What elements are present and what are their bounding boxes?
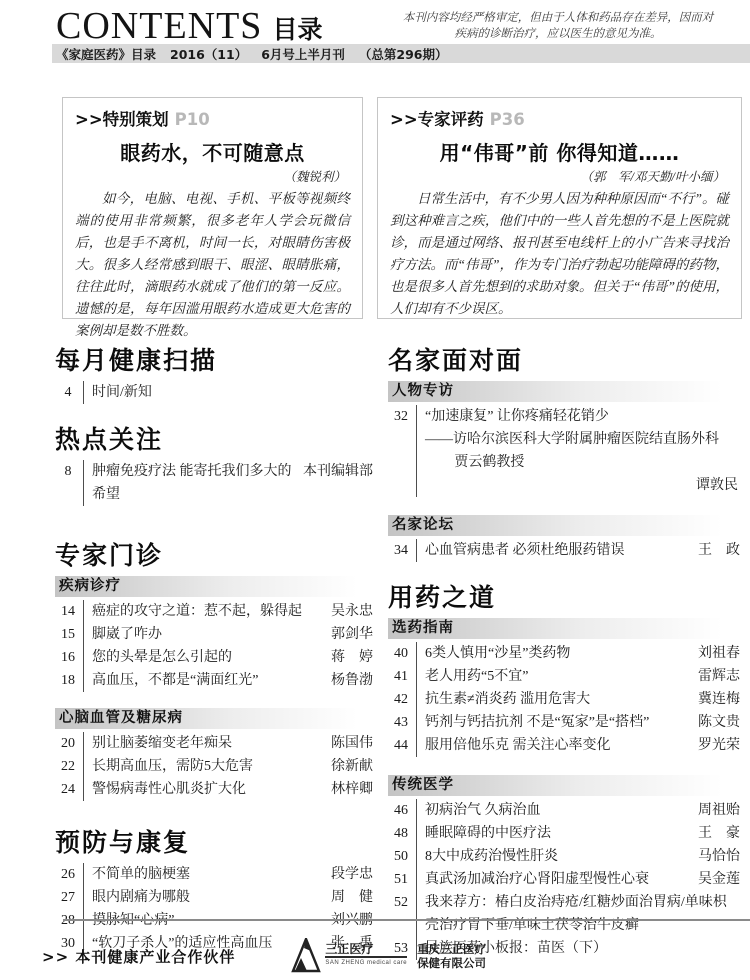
item-title: 8大中成药治慢性肝炎 bbox=[425, 845, 564, 868]
item-page-number: 51 bbox=[388, 868, 414, 891]
toc-item: 4 时间/新知 bbox=[55, 381, 373, 404]
toc-item: 15 脚崴了咋办郭剑华 bbox=[55, 623, 373, 646]
item-author: 杨鲁渤 bbox=[331, 669, 373, 692]
item-subtitle-continued: 贾云鹤教授 bbox=[425, 451, 740, 474]
item-page-number: 50 bbox=[388, 845, 414, 868]
item-page-number: 32 bbox=[388, 405, 414, 497]
item-author: 陈文贵 bbox=[698, 711, 740, 734]
item-title: 老人用药“5不宜” bbox=[425, 665, 534, 688]
item-page-number: 15 bbox=[55, 623, 81, 646]
item-author: 刘祖春 bbox=[698, 642, 740, 665]
toc-item: 24 警惕病毒性心肌炎扩大化林梓卿 bbox=[55, 778, 373, 801]
item-author: 吴金莲 bbox=[698, 868, 740, 891]
feature-tag: >>专家评药 bbox=[390, 110, 484, 129]
item-title: 钙剂与钙拮抗剂 不是“冤家”是“搭档” bbox=[425, 711, 655, 734]
logo-company-line1: 重庆三正医疗 bbox=[417, 942, 486, 956]
feature-summary: 如今，电脑、电视、手机、平板等视频终端的使用非常频繁，很多老年人学会玩微信后，也… bbox=[75, 188, 350, 342]
item-page-number: 40 bbox=[388, 642, 414, 665]
section-heading: 热点关注 bbox=[55, 424, 373, 456]
section-expert-clinic: 专家门诊 疾病诊疗 14 癌症的攻守之道：惹不起，躲得起吴永忠 15 脚崴了咋办… bbox=[55, 540, 373, 801]
toc-item: 52 我来荐方：椿白皮治痔疮/红糖炒面治胃病/单味枳壳治疗胃下垂/单味土茯苓治牛… bbox=[388, 891, 740, 937]
item-title: 肿瘤免疫疗法 能寄托我们多大的希望 bbox=[92, 460, 303, 506]
item-title: 高血压，不都是“满面红光” bbox=[92, 669, 264, 692]
logo-brand-en: SAN ZHENG medical care bbox=[325, 958, 407, 969]
logo-company-name: 重庆三正医疗 保健有限公司 bbox=[417, 942, 486, 970]
item-page-number: 24 bbox=[55, 778, 81, 801]
item-page-number: 22 bbox=[55, 755, 81, 778]
item-page-number: 20 bbox=[55, 732, 81, 755]
item-author: 林梓卿 bbox=[331, 778, 373, 801]
section-celebrity-face-to-face: 名家面对面 人物专访 32 “加速康复” 让你疼痛轻花销少 ——访哈尔滨医科大学… bbox=[388, 345, 740, 562]
toc-item: 34 心血管病患者 必须杜绝服药错误王 政 bbox=[388, 539, 740, 562]
item-author: 吴永忠 bbox=[331, 600, 373, 623]
item-author: 徐新献 bbox=[331, 755, 373, 778]
issue-info-bar: 《家庭医药》目录 2016（11） 6月号上半月刊 （总第296期） bbox=[52, 44, 750, 63]
item-title: 脚崴了咋办 bbox=[92, 623, 168, 646]
item-title: 癌症的攻守之道：惹不起，躲得起 bbox=[92, 600, 308, 623]
toc-item: 40 6类人慎用“沙星”类药物刘祖春 bbox=[388, 642, 740, 665]
toc-item: 51 真武汤加减治疗心肾阳虚型慢性心衰吴金莲 bbox=[388, 868, 740, 891]
item-title: 警惕病毒性心肌炎扩大化 bbox=[92, 778, 252, 801]
item-subtitle: ——访哈尔滨医科大学附属肿瘤医院结直肠外科 bbox=[425, 428, 740, 451]
disclaimer-line1: 本刊内容均经严格审定，但由于人体和药品存在差异，因而对 bbox=[403, 12, 714, 24]
item-title: 初病治气 久病治血 bbox=[425, 799, 547, 822]
magazine-contents-page: CONTENTS目录 本刊内容均经严格审定，但由于人体和药品存在差异，因而对 疾… bbox=[0, 0, 750, 980]
toc-item: 20 别让脑萎缩变老年痴呆陈国伟 bbox=[55, 732, 373, 755]
item-author: 王 政 bbox=[698, 539, 740, 562]
item-title: 别让脑萎缩变老年痴呆 bbox=[92, 732, 238, 755]
section-heading: 预防与康复 bbox=[55, 827, 373, 859]
group-label-disease-diagnosis: 疾病诊疗 bbox=[55, 576, 373, 597]
feature-page-number: P36 bbox=[490, 110, 525, 129]
item-page-number: 14 bbox=[55, 600, 81, 623]
item-author: 谭敦民 bbox=[425, 474, 740, 497]
disclaimer-line2: 疾病的诊断治疗，应以医生的意见为准。 bbox=[455, 28, 662, 40]
feature-box-expert-review: >>专家评药P36 用“伟哥”前 你得知道…… （郭 军/邓天勤/叶小缅） 日常… bbox=[377, 97, 742, 319]
toc-item: 42 抗生素≠消炎药 滥用危害大冀连梅 bbox=[388, 688, 740, 711]
issue-total-number: （总第296期） bbox=[359, 45, 448, 63]
issue-edition: 6月号上半月刊 bbox=[261, 45, 345, 63]
feature-summary: 日常生活中，有不少男人因为种种原因而“不行”。碰到这种难言之疾，他们中的一些人首… bbox=[390, 188, 729, 320]
toc-item: 41 老人用药“5不宜”雷辉志 bbox=[388, 665, 740, 688]
item-author: 周 健 bbox=[331, 886, 373, 909]
footer-divider bbox=[63, 919, 750, 921]
item-page-number: 42 bbox=[388, 688, 414, 711]
footer-partner-label: >> 本刊健康产业合作伙伴 bbox=[42, 946, 235, 967]
feature-title: 用“伟哥”前 你得知道…… bbox=[390, 137, 729, 166]
toc-item: 44 服用倍他乐克 需关注心率变化罗光荣 bbox=[388, 734, 740, 757]
group-label-people-interview: 人物专访 bbox=[388, 381, 740, 402]
toc-item: 43 钙剂与钙拮抗剂 不是“冤家”是“搭档”陈文贵 bbox=[388, 711, 740, 734]
toc-item: 27 眼内剧痛为哪般周 健 bbox=[55, 886, 373, 909]
toc-item: 22 长期高血压，需防5大危害徐新献 bbox=[55, 755, 373, 778]
item-title: 长期高血压，需防5大危害 bbox=[92, 755, 259, 778]
toc-item-multiline: 32 “加速康复” 让你疼痛轻花销少 ——访哈尔滨医科大学附属肿瘤医院结直肠外科… bbox=[388, 405, 740, 497]
issue-year-number: 2016（11） bbox=[170, 45, 247, 63]
feature-tagline: >>特别策划P10 bbox=[75, 106, 350, 130]
section-hot-topics: 热点关注 8 肿瘤免疫疗法 能寄托我们多大的希望本刊编辑部 bbox=[55, 424, 373, 506]
item-page-number: 27 bbox=[55, 886, 81, 909]
item-page-number: 52 bbox=[388, 891, 414, 937]
section-heading: 用药之道 bbox=[388, 582, 740, 614]
item-author: 周祖贻 bbox=[698, 799, 740, 822]
feature-tag: >>特别策划 bbox=[75, 110, 169, 129]
footer: >> 本刊健康产业合作伙伴 三正医疗 SAN ZHENG medical car… bbox=[42, 938, 486, 974]
item-author: 冀连梅 bbox=[698, 688, 740, 711]
item-title: 眼内剧痛为哪般 bbox=[92, 886, 196, 909]
item-page-number: 43 bbox=[388, 711, 414, 734]
sanzheng-triangle-logo-icon bbox=[291, 938, 321, 974]
toc-item: 18 高血压，不都是“满面红光”杨鲁渤 bbox=[55, 669, 373, 692]
item-title: 真武汤加减治疗心肾阳虚型慢性心衰 bbox=[425, 868, 655, 891]
section-medication-way: 用药之道 选药指南 40 6类人慎用“沙星”类药物刘祖春 41 老人用药“5不宜… bbox=[388, 582, 740, 960]
toc-item: 8 肿瘤免疫疗法 能寄托我们多大的希望本刊编辑部 bbox=[55, 460, 373, 506]
contents-title-zh: 目录 bbox=[272, 15, 322, 44]
item-title: 睡眠障碍的中医疗法 bbox=[425, 822, 557, 845]
toc-item: 26 不简单的脑梗塞段学忠 bbox=[55, 863, 373, 886]
toc-item: 50 8大中成药治慢性肝炎马恰怡 bbox=[388, 845, 740, 868]
item-title: 心血管病患者 必须杜绝服药错误 bbox=[425, 539, 631, 562]
item-author: 雷辉志 bbox=[698, 665, 740, 688]
toc-item: 14 癌症的攻守之道：惹不起，躲得起吴永忠 bbox=[55, 600, 373, 623]
contents-title-en: CONTENTS bbox=[56, 5, 262, 47]
item-page-number: 26 bbox=[55, 863, 81, 886]
section-heading: 名家面对面 bbox=[388, 345, 740, 377]
item-title: 我来荐方：椿白皮治痔疮/红糖炒面治胃病/单味枳壳治疗胃下垂/单味土茯苓治牛皮癣 bbox=[425, 895, 727, 933]
item-author: 罗光荣 bbox=[698, 734, 740, 757]
item-page-number: 41 bbox=[388, 665, 414, 688]
feature-author: （魏锐利） bbox=[75, 167, 350, 185]
partner-logo: 三正医疗 SAN ZHENG medical care 重庆三正医疗 保健有限公… bbox=[291, 938, 486, 974]
toc-left-column: 每月健康扫描 4 时间/新知 热点关注 8 肿瘤免疫疗法 能寄托我们多大的希望本… bbox=[55, 345, 373, 955]
section-monthly-health-scan: 每月健康扫描 4 时间/新知 bbox=[55, 345, 373, 404]
item-author: 本刊编辑部 bbox=[303, 460, 373, 506]
toc-item: 48 睡眠障碍的中医疗法王 豪 bbox=[388, 822, 740, 845]
group-label-traditional-medicine: 传统医学 bbox=[388, 775, 740, 796]
item-author: 马恰怡 bbox=[698, 845, 740, 868]
feature-tagline: >>专家评药P36 bbox=[390, 106, 729, 130]
item-page-number: 34 bbox=[388, 539, 414, 562]
item-author: 段学忠 bbox=[331, 863, 373, 886]
item-author: 陈国伟 bbox=[331, 732, 373, 755]
item-page-number: 4 bbox=[55, 381, 81, 404]
item-title: “加速康复” 让你疼痛轻花销少 bbox=[425, 409, 609, 424]
group-label-cardio-diabetes: 心脑血管及糖尿病 bbox=[55, 708, 373, 729]
item-title: 时间/新知 bbox=[92, 381, 158, 404]
item-page-number: 46 bbox=[388, 799, 414, 822]
section-heading: 专家门诊 bbox=[55, 540, 373, 572]
feature-box-special-plan: >>特别策划P10 眼药水，不可随意点 （魏锐利） 如今，电脑、电视、手机、平板… bbox=[62, 97, 363, 319]
journal-name: 《家庭医药》目录 bbox=[56, 45, 156, 63]
item-author: 郭剑华 bbox=[331, 623, 373, 646]
feature-author: （郭 军/邓天勤/叶小缅） bbox=[390, 167, 729, 185]
item-page-number: 44 bbox=[388, 734, 414, 757]
item-page-number: 8 bbox=[55, 460, 81, 506]
item-author: 王 豪 bbox=[698, 822, 740, 845]
toc-item: 16 您的头晕是怎么引起的蒋 婷 bbox=[55, 646, 373, 669]
disclaimer-note: 本刊内容均经严格审定，但由于人体和药品存在差异，因而对 疾病的诊断治疗，应以医生… bbox=[392, 10, 724, 42]
toc-right-column: 名家面对面 人物专访 32 “加速康复” 让你疼痛轻花销少 ——访哈尔滨医科大学… bbox=[388, 345, 740, 960]
page-title: CONTENTS目录 bbox=[56, 4, 322, 48]
item-page-number: 18 bbox=[55, 669, 81, 692]
feature-title: 眼药水，不可随意点 bbox=[75, 137, 350, 166]
item-title: 抗生素≠消炎药 滥用危害大 bbox=[425, 688, 596, 711]
item-title: 服用倍他乐克 需关注心率变化 bbox=[425, 734, 617, 757]
item-page-number: 48 bbox=[388, 822, 414, 845]
toc-item: 46 初病治气 久病治血周祖贻 bbox=[388, 799, 740, 822]
item-author: 蒋 婷 bbox=[331, 646, 373, 669]
group-label-celebrity-forum: 名家论坛 bbox=[388, 515, 740, 536]
group-label-drug-selection-guide: 选药指南 bbox=[388, 618, 740, 639]
item-title: 不简单的脑梗塞 bbox=[92, 863, 196, 886]
section-prevention-recovery: 预防与康复 26 不简单的脑梗塞段学忠 27 眼内剧痛为哪般周 健 28 摸脉知… bbox=[55, 827, 373, 955]
item-title: 6类人慎用“沙星”类药物 bbox=[425, 642, 576, 665]
logo-brand-text: 三正医疗 SAN ZHENG medical care bbox=[325, 944, 407, 969]
item-page-number: 16 bbox=[55, 646, 81, 669]
logo-company-line2: 保健有限公司 bbox=[417, 956, 486, 970]
feature-page-number: P10 bbox=[175, 110, 210, 129]
item-title: 您的头晕是怎么引起的 bbox=[92, 646, 238, 669]
logo-brand-zh: 三正医疗 bbox=[325, 944, 407, 958]
section-heading: 每月健康扫描 bbox=[55, 345, 373, 377]
